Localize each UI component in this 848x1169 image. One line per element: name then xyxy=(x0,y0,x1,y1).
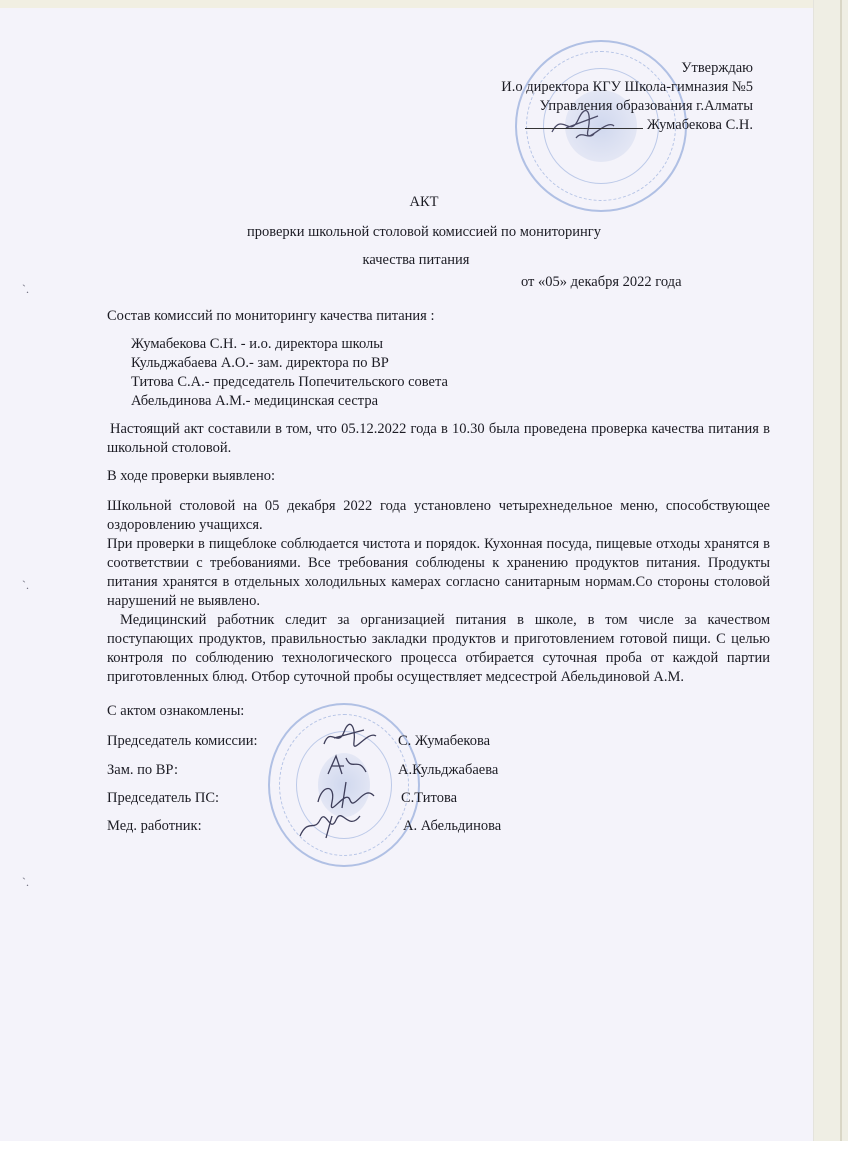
signature-name: С. Жумабекова xyxy=(398,733,490,750)
approver-signature-line: Жумабекова С.Н. xyxy=(501,116,753,135)
approver-name: Жумабекова С.Н. xyxy=(647,117,753,133)
approval-block: Утверждаю И.о директора КГУ Школа-гимназ… xyxy=(501,59,753,135)
member-item: Титова С.А.- председатель Попечительског… xyxy=(131,373,448,392)
document-title: АКТ xyxy=(0,194,848,211)
signature-role: Мед. работник: xyxy=(107,818,202,835)
document-subtitle-1: проверки школьной столовой комиссией по … xyxy=(0,224,848,241)
paragraph-medical: Медицинский работник следит за организац… xyxy=(107,611,770,687)
scan-right-edge xyxy=(813,0,848,1141)
scan-right-border xyxy=(840,0,842,1141)
signature-name: С.Титова xyxy=(401,790,457,807)
paragraph-kitchen: При проверки в пищеблоке соблюдается чис… xyxy=(107,535,770,611)
member-item: Абельдинова А.М.- медицинская сестра xyxy=(131,392,448,411)
paragraph-act-statement: Настоящий акт составили в том, что 05.12… xyxy=(107,420,770,458)
signature-name: А. Абельдинова xyxy=(403,818,501,835)
paragraph-findings-heading: В ходе проверки выявлено: xyxy=(107,467,770,486)
commission-members-list: Жумабекова С.Н. - и.о. директора школы К… xyxy=(131,335,448,411)
document-date: от «05» декабря 2022 года xyxy=(521,274,682,291)
approver-department: Управления образования г.Алматы xyxy=(501,97,753,116)
signature-underline xyxy=(525,128,643,129)
approval-label: Утверждаю xyxy=(501,59,753,78)
signature-name: А.Кульджабаева xyxy=(398,762,498,779)
scan-artifact: `. xyxy=(22,875,29,890)
signature-medic xyxy=(296,810,366,840)
signature-role: Зам. по ВР: xyxy=(107,762,178,779)
signatures-intro: С актом ознакомлены: xyxy=(107,702,770,721)
signature-chairman xyxy=(320,722,380,752)
scan-artifact: `. xyxy=(22,282,29,297)
commission-intro: Состав комиссий по мониторингу качества … xyxy=(107,307,770,326)
scan-artifact: `. xyxy=(22,578,29,593)
member-item: Жумабекова С.Н. - и.о. директора школы xyxy=(131,335,448,354)
signature-role: Председатель комиссии: xyxy=(107,733,258,750)
document-subtitle-2: качества питания xyxy=(0,252,840,269)
member-item: Кульджабаева А.О.- зам. директора по ВР xyxy=(131,354,448,373)
signature-deputy xyxy=(322,752,372,780)
approver-position: И.о директора КГУ Школа-гимназия №5 xyxy=(501,78,753,97)
signature-board-chair xyxy=(312,778,382,810)
scan-top-edge xyxy=(0,0,848,8)
paragraph-menu: Школьной столовой на 05 декабря 2022 год… xyxy=(107,497,770,535)
signature-role: Председатель ПС: xyxy=(107,790,219,807)
